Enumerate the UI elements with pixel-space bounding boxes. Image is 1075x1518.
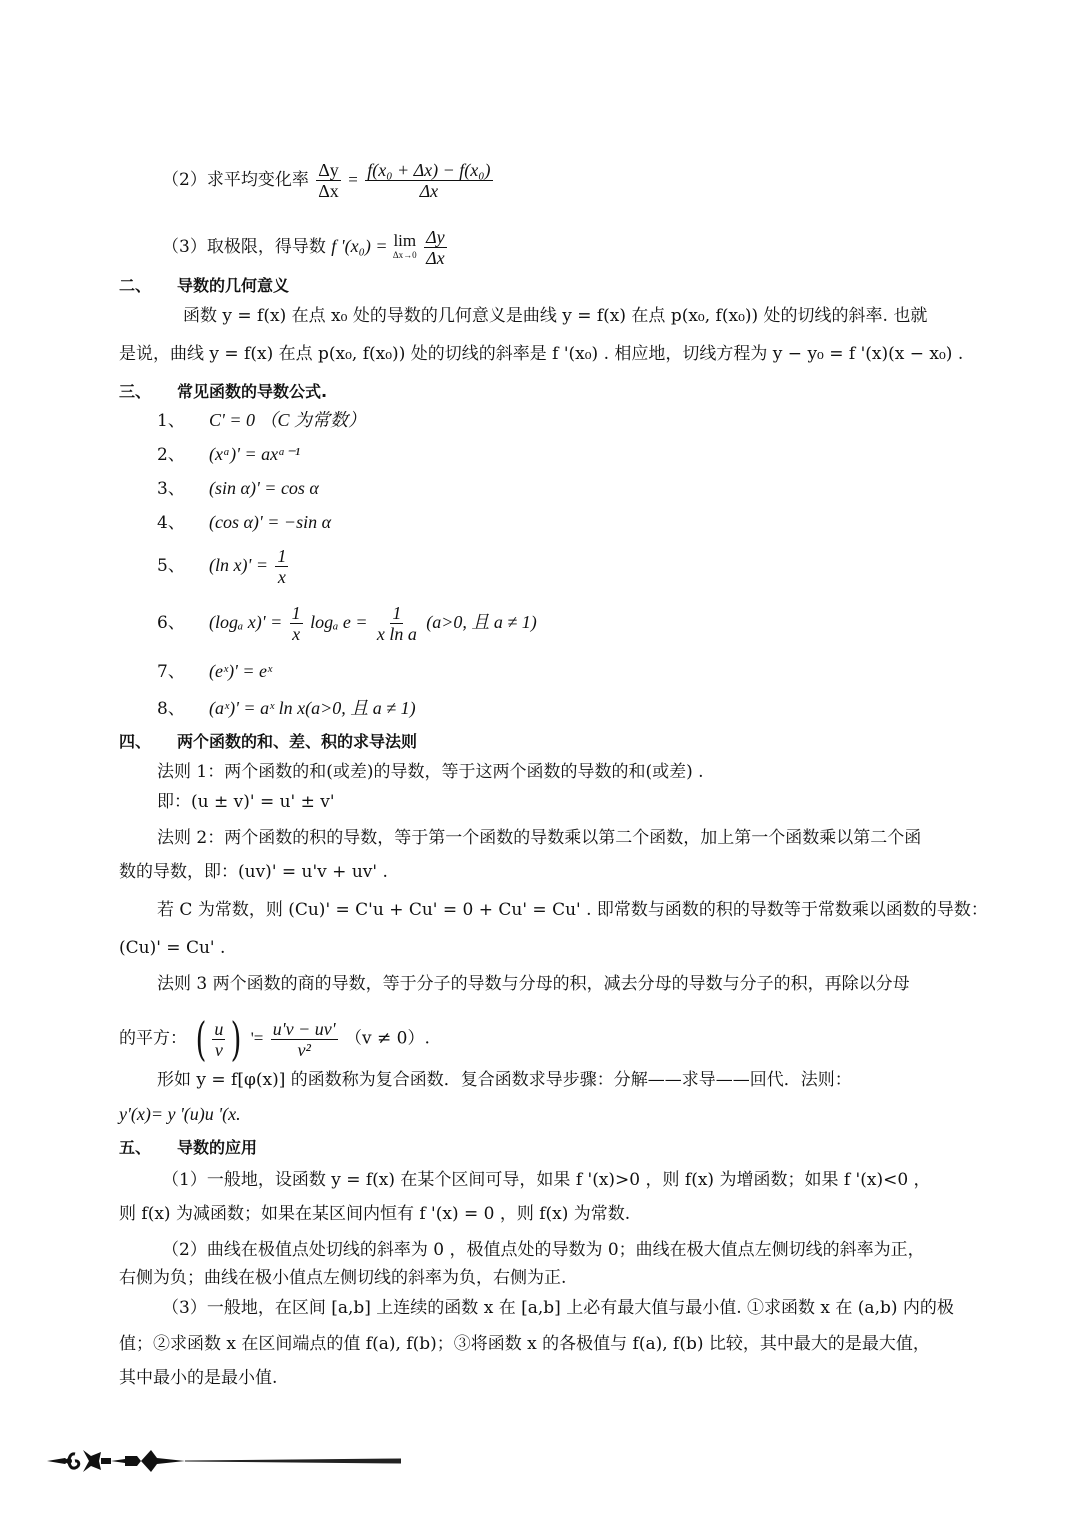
- formula-6: 6、(logₐ x)' = 1x logₐ e = 1x ln a (a>0, …: [157, 603, 537, 644]
- step-3-label: （3）取极限，得导数: [162, 237, 326, 257]
- constant-rule-line-1: 若 C 为常数，则 (Cu)' = C'u + Cu' = 0 + Cu' = …: [157, 898, 988, 922]
- rule-3-line-1: 法则 3 两个函数的商的导数，等于分子的导数与分母的积，减去分母的导数与分子的积…: [157, 972, 910, 996]
- section-5-heading: 五、导数的应用: [119, 1136, 257, 1160]
- composite-line-1: 形如 y = f[φ(x)] 的函数称为复合函数．复合函数求导步骤：分解——求导…: [157, 1068, 852, 1092]
- application-1-line-1: （1）一般地，设函数 y = f(x) 在某个区间可导，如果 f '(x)>0 …: [162, 1168, 931, 1192]
- difference-quotient: f(x₀ + Δx) − f(x₀) Δx: [365, 160, 492, 201]
- formula-3: 3、(sin α)' = cos α: [157, 476, 319, 501]
- section-2-heading: 二、导数的几何意义: [119, 274, 289, 298]
- limit-operator: lim Δx→0: [393, 234, 417, 262]
- step-2-label: （2）求平均变化率: [162, 170, 309, 190]
- formula-4: 4、(cos α)' = −sin α: [157, 510, 331, 535]
- application-2-line-2: 右侧为负；曲线在极小值点左侧切线的斜率为负，右侧为正.: [119, 1266, 566, 1290]
- section-3-heading: 三、常见函数的导数公式.: [119, 380, 327, 404]
- application-3-line-2: 值；②求函数 x 在区间端点的值 f(a), f(b)；③将函数 x 的各极值与…: [119, 1332, 930, 1356]
- limit-fraction: Δy Δx: [424, 227, 447, 268]
- formula-2: 2、(xᵃ)' = axᵃ⁻¹: [157, 442, 300, 467]
- rule-3-formula: 的平方： (uv) '= u'v − uv'v² （v ≠ 0）.: [119, 1016, 430, 1062]
- decorative-ornament-icon: [45, 1446, 405, 1476]
- formula-5: 5、(ln x)' = 1x: [157, 546, 290, 587]
- formula-1: 1、C' = 0 （C 为常数）: [157, 408, 366, 433]
- formula-8: 8、(aˣ)' = aˣ ln x(a>0, 且 a ≠ 1): [157, 696, 416, 721]
- rule-2-line-1: 法则 2：两个函数的积的导数，等于第一个函数的导数乘以第二个函数，加上第一个函数…: [157, 826, 921, 850]
- constant-rule-line-2: (Cu)' = Cu' .: [119, 936, 225, 960]
- composite-line-2: y'(x)= y '(u)u '(x.: [119, 1102, 241, 1126]
- step-2-average-rate: （2）求平均变化率 Δy Δx = f(x₀ + Δx) − f(x₀) Δx: [162, 160, 495, 201]
- step-3-limit: （3）取极限，得导数 f '(x₀) = lim Δx→0 Δy Δx: [162, 227, 449, 268]
- rule-1-equation: 即：(u ± v)' = u' ± v': [157, 790, 335, 814]
- application-2-line-1: （2）曲线在极值点处切线的斜率为 0 ，极值点处的导数为 0；曲线在极大值点左侧…: [162, 1238, 925, 1262]
- rule-2-line-2: 数的导数，即：(uv)' = u'v + uv' .: [119, 860, 388, 884]
- application-3-line-3: 其中最小的是最小值.: [119, 1366, 277, 1390]
- application-1-line-2: 则 f(x) 为减函数；如果在某区间内恒有 f '(x) = 0 ，则 f(x)…: [119, 1202, 630, 1226]
- section-2-line-2: 是说，曲线 y = f(x) 在点 p(x₀, f(x₀)) 处的切线的斜率是 …: [119, 342, 963, 366]
- section-4-heading: 四、两个函数的和、差、积的求导法则: [119, 730, 417, 754]
- rule-1: 法则 1：两个函数的和(或差)的导数，等于这两个函数的导数的和(或差) .: [157, 760, 704, 784]
- formula-7: 7、(eˣ)' = eˣ: [157, 659, 272, 684]
- delta-fraction: Δy Δx: [316, 160, 341, 201]
- section-2-line-1: 函数 y = f(x) 在点 x₀ 处的导数的几何意义是曲线 y = f(x) …: [183, 304, 927, 328]
- application-3-line-1: （3）一般地，在区间 [a,b] 上连续的函数 x 在 [a,b] 上必有最大值…: [162, 1296, 954, 1320]
